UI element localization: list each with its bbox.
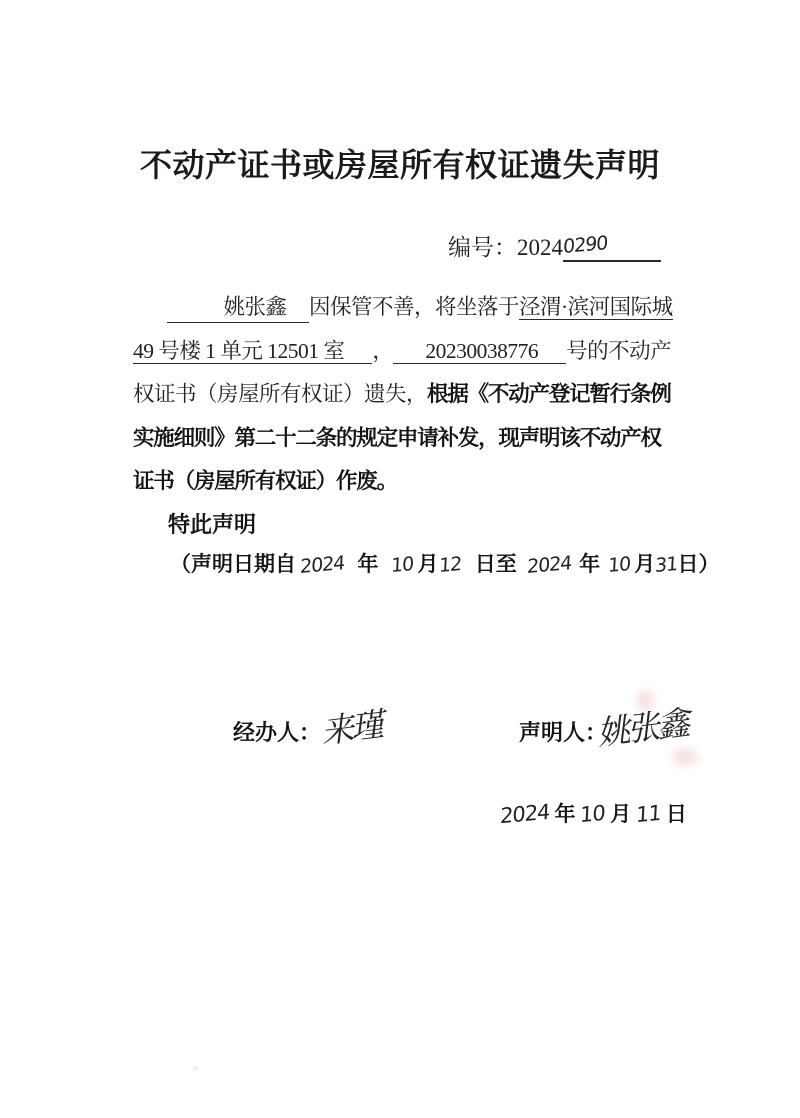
document-number-row: 编号：20240290 (448, 229, 661, 262)
issue-date-line: 2024年10月11日 (495, 798, 687, 828)
validity-month-label-2: 月 (634, 553, 655, 576)
validity-to-separator: 日至 (475, 553, 517, 576)
issue-date-year-handwritten: 2024 (499, 800, 550, 829)
scanned-document-page: 不动产证书或房屋所有权证遗失声明 编号：20240290 姚张鑫因保管不善，将坐… (0, 0, 800, 1118)
issue-date-month-label: 月 (610, 803, 631, 826)
body-line-4: 实施细则》第二十二条的规定申请补发，现声明该不动产权 (133, 417, 663, 461)
handler-signature: 来瑾 (321, 698, 386, 753)
validity-close: 日） (677, 553, 719, 576)
issue-date-day-handwritten: 11 (636, 801, 662, 827)
body-line-3-heiti: 根据《不动产登记暂行条例 (427, 382, 671, 406)
scan-artifact-dot (193, 1066, 198, 1071)
handler-label: 经办人： (233, 716, 321, 747)
property-address-part2: 49 号楼 1 单元 12501 室 (133, 339, 372, 364)
document-number-printed: 2024 (517, 235, 563, 260)
validity-to-day-handwritten: 31 (655, 553, 678, 577)
validity-open: （声明日期自 (170, 553, 296, 576)
validity-year-label-2: 年 (579, 553, 600, 576)
validity-to-year-handwritten: 2024 (526, 552, 571, 578)
declarant-label: 声明人： (519, 716, 607, 747)
document-number-blank: 0290 (563, 229, 661, 262)
body-comma: ， (372, 339, 393, 363)
issue-date-month-handwritten: 10 (580, 801, 606, 827)
body-line-1: 姚张鑫因保管不善，将坐落于泾渭·滨河国际城 (133, 286, 663, 330)
validity-from-year-handwritten: 2024 (300, 552, 345, 578)
body-after-cert: 号的不动产 (566, 339, 671, 363)
validity-month-label-1: 月 (418, 553, 439, 576)
certificate-number-blank: 20230038776 (393, 339, 566, 364)
issue-date-day-label: 日 (666, 803, 687, 826)
body-line-5: 证书（房屋所有权证）作废。 (133, 460, 663, 504)
validity-period-line: （声明日期自2024年10月12日至2024年10月31日） (170, 548, 719, 578)
body-line-2: 49 号楼 1 单元 12501 室，20230038776号的不动产 (133, 330, 663, 374)
body-line-3: 权证书（房屋所有权证）遗失，根据《不动产登记暂行条例 (133, 373, 663, 417)
body-line-3-serif: 权证书（房屋所有权证）遗失， (133, 382, 427, 406)
document-number-label: 编号： (448, 235, 517, 260)
document-title: 不动产证书或房屋所有权证遗失声明 (0, 140, 800, 186)
ink-smudge (672, 748, 698, 766)
closing-statement: 特此声明 (168, 508, 256, 539)
validity-year-label-1: 年 (357, 553, 378, 576)
property-address-part1: 泾渭·滨河国际城 (519, 295, 673, 320)
validity-from-month-handwritten: 10 (391, 553, 414, 577)
declarant-name-blank: 姚张鑫 (167, 293, 309, 323)
validity-from-day-handwritten: 12 (438, 553, 461, 577)
validity-to-month-handwritten: 10 (608, 553, 631, 577)
document-number-handwritten: 0290 (562, 228, 608, 262)
body-after-name: 因保管不善，将坐落于 (309, 295, 519, 319)
declarant-signature: 姚张鑫 (597, 696, 692, 755)
issue-date-year-label: 年 (554, 803, 575, 826)
body-paragraph: 姚张鑫因保管不善，将坐落于泾渭·滨河国际城 49 号楼 1 单元 12501 室… (133, 286, 663, 504)
